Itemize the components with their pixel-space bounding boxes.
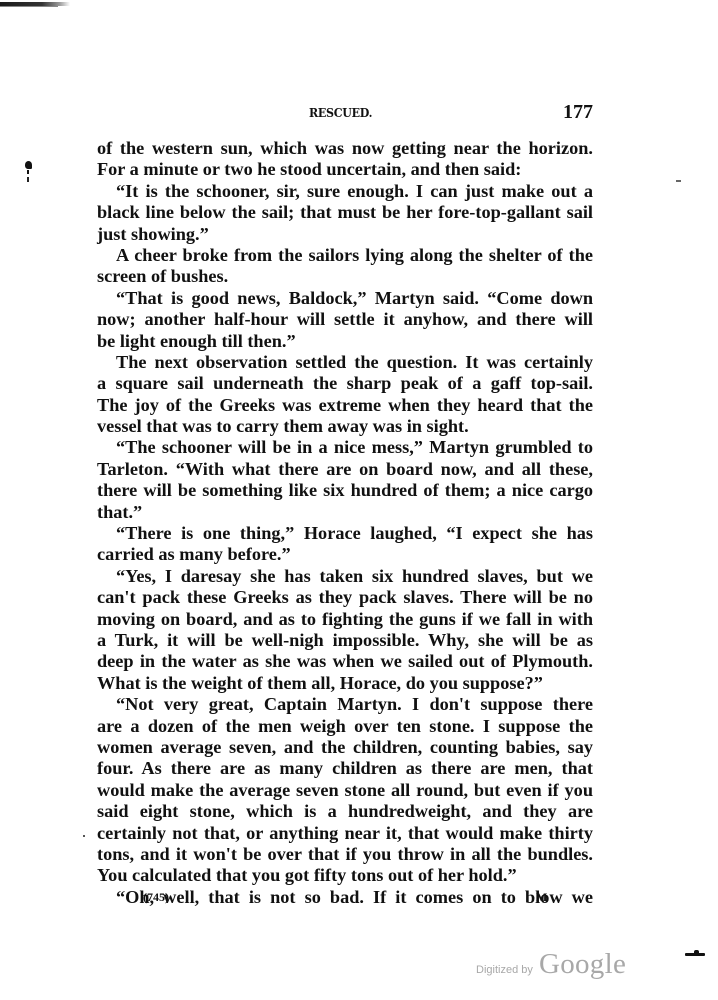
body-text: of the western sun, which was now gettin… xyxy=(97,138,593,908)
signature-mark: M xyxy=(536,890,547,905)
text-line: said eight stone, which is a hundredweig… xyxy=(97,801,593,822)
text-line: of the western sun, which was now gettin… xyxy=(97,138,593,159)
watermark-brand: Google xyxy=(539,948,626,980)
running-title: RESCUED. xyxy=(309,106,372,120)
text-line: “Yes, I daresay she has taken six hundre… xyxy=(97,566,593,587)
digitized-by-watermark: Digitized by Google xyxy=(476,948,626,988)
text-line: women average seven, and the children, c… xyxy=(97,737,593,758)
text-line: “That is good news, Baldock,” Martyn sai… xyxy=(97,288,593,309)
text-line: there will be something like six hundred… xyxy=(97,480,593,501)
text-line: are a dozen of the men weigh over ten st… xyxy=(97,716,593,737)
text-line: The joy of the Greeks was extreme when t… xyxy=(97,395,593,416)
text-line: “There is one thing,” Horace laughed, “I… xyxy=(97,523,593,544)
page-number: 177 xyxy=(563,101,593,124)
ink-blot xyxy=(25,161,32,169)
text-line: “The schooner will be in a nice mess,” M… xyxy=(97,437,593,458)
text-line: tons, and it won't be over that if you t… xyxy=(97,844,593,865)
ink-stem xyxy=(27,170,29,174)
text-line: can't pack these Greeks as they pack sla… xyxy=(97,587,593,608)
text-line: moving on board, and as to fighting the … xyxy=(97,609,593,630)
text-line: You calculated that you got fifty tons o… xyxy=(97,865,593,886)
ink-stem-lower xyxy=(27,177,29,182)
text-line: What is the weight of them all, Horace, … xyxy=(97,673,593,694)
text-line: a Turk, it will be well-nigh impossible.… xyxy=(97,630,593,651)
text-line: deep in the water as she was when we sai… xyxy=(97,651,593,672)
text-line: four. As there are as many children as t… xyxy=(97,758,593,779)
scan-edge-artifact-thin xyxy=(0,6,58,7)
text-line: certainly not that, or anything near it,… xyxy=(97,823,593,844)
text-line: now; another half-hour will settle it an… xyxy=(97,309,593,330)
text-line: The next observation settled the questio… xyxy=(97,352,593,373)
text-line: just showing.” xyxy=(97,224,593,245)
ink-bar xyxy=(685,953,705,956)
margin-dash-mark xyxy=(676,180,681,182)
margin-dot-mark xyxy=(83,835,85,837)
text-line: For a minute or two he stood uncertain, … xyxy=(97,159,593,180)
text-line: black line below the sail; that must be … xyxy=(97,202,593,223)
signature-line: (745) M xyxy=(0,890,718,910)
text-line: “It is the schooner, sir, sure enough. I… xyxy=(97,181,593,202)
text-line: that.” xyxy=(97,502,593,523)
text-line: be light enough till then.” xyxy=(97,331,593,352)
text-line: A cheer broke from the sailors lying alo… xyxy=(97,245,593,266)
print-code: (745) xyxy=(143,890,169,905)
text-line: would make the average seven stone all r… xyxy=(97,780,593,801)
running-head: RESCUED. 177 xyxy=(0,104,718,126)
text-line: carried as many before.” xyxy=(97,544,593,565)
text-line: a square sail underneath the sharp peak … xyxy=(97,373,593,394)
text-line: screen of bushes. xyxy=(97,266,593,287)
corner-ink-mark-icon xyxy=(685,950,705,956)
watermark-prefix: Digitized by xyxy=(476,964,533,976)
margin-ink-mark-icon xyxy=(24,161,32,183)
text-line: “Not very great, Captain Martyn. I don't… xyxy=(97,694,593,715)
text-line: vessel that was to carry them away was i… xyxy=(97,416,593,437)
text-line: Tarleton. “With what there are on board … xyxy=(97,459,593,480)
